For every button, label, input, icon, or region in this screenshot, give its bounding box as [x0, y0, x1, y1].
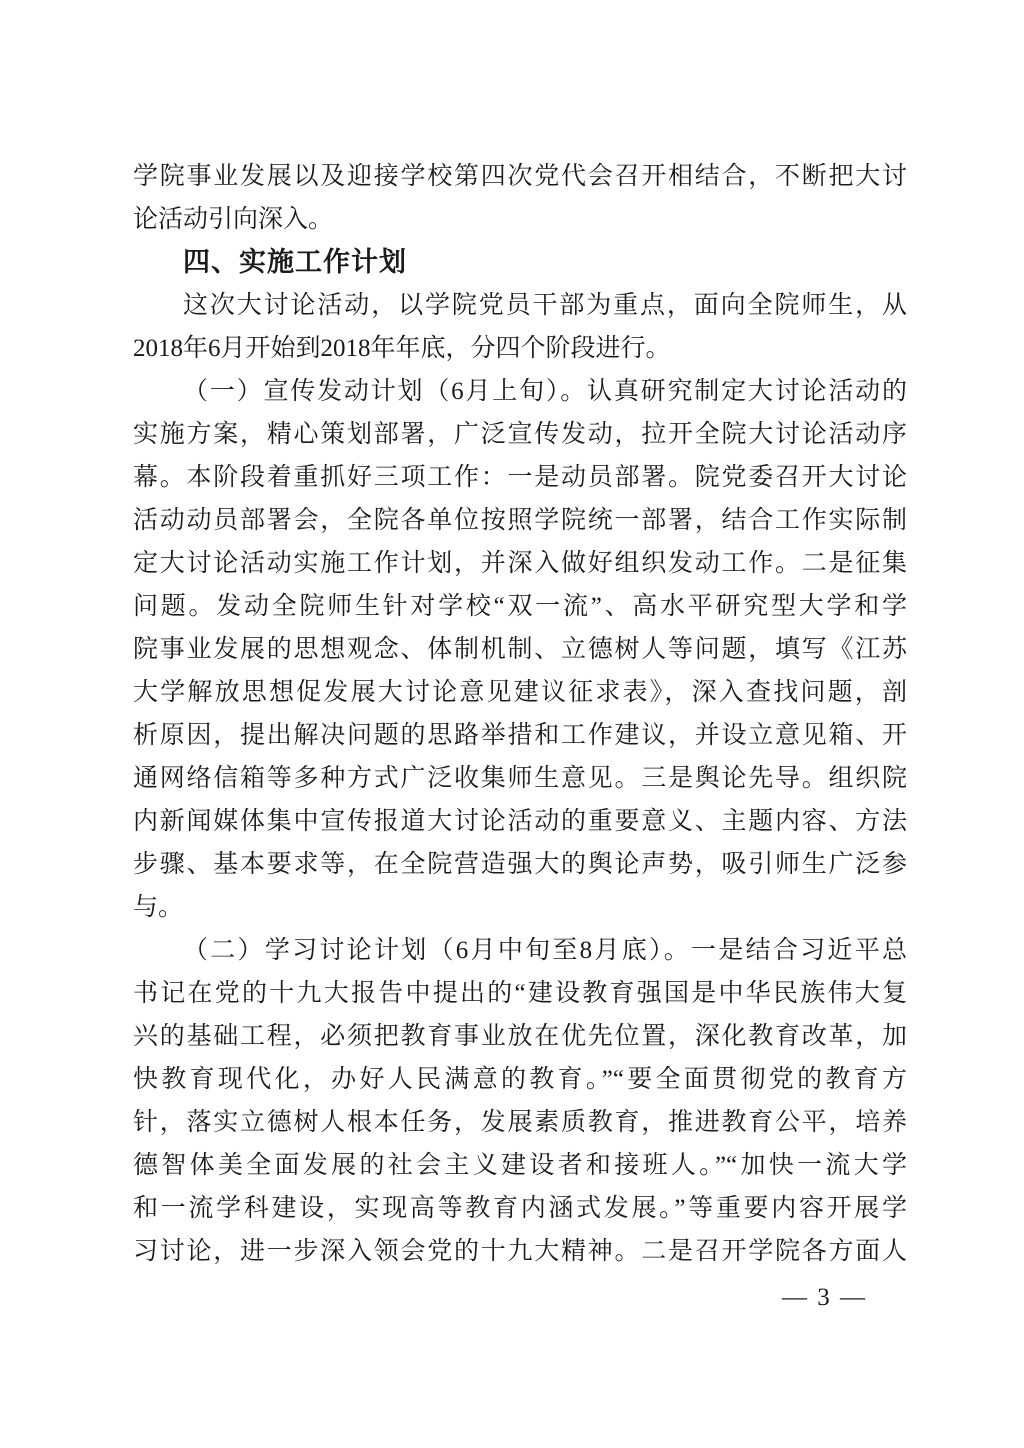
page-number: — 3 — [782, 1283, 867, 1313]
text-line: 论活动引向深入。 [133, 198, 907, 241]
text-line: 通网络信箱等多种方式广泛收集师生意见。三是舆论先导。组织院 [133, 757, 907, 800]
paragraph: 这次大讨论活动，以学院党员干部为重点，面向全院师生，从2018年6月开始到201… [133, 284, 907, 370]
text-line: 与。 [133, 886, 907, 929]
text-line: 活动动员部署会，全院各单位按照学院统一部署，结合工作实际制 [133, 499, 907, 542]
text-line: 大学解放思想促发展大讨论意见建议征求表》，深入查找问题，剖 [133, 671, 907, 714]
paragraph: （一）宣传发动计划（6月上旬）。认真研究制定大讨论活动的实施方案，精心策划部署，… [133, 370, 907, 929]
text-line: 内新闻媒体集中宣传报道大讨论活动的重要意义、主题内容、方法 [133, 800, 907, 843]
text-line: 实施方案，精心策划部署，广泛宣传发动，拉开全院大讨论活动序 [133, 413, 907, 456]
text-line: （二）学习讨论计划（6月中旬至8月底）。一是结合习近平总 [133, 929, 907, 972]
text-line: 习讨论，进一步深入领会党的十九大精神。二是召开学院各方面人 [133, 1230, 907, 1273]
text-line: 德智体美全面发展的社会主义建设者和接班人。”“加快一流大学 [133, 1144, 907, 1187]
document-body: 学院事业发展以及迎接学校第四次党代会召开相结合，不断把大讨论活动引向深入。四、实… [133, 155, 907, 1273]
text-line: 快教育现代化，办好人民满意的教育。”“要全面贯彻党的教育方 [133, 1058, 907, 1101]
section-heading: 四、实施工作计划 [133, 241, 907, 284]
text-line: 针，落实立德树人根本任务，发展素质教育，推进教育公平，培养 [133, 1101, 907, 1144]
text-line: 2018年6月开始到2018年年底，分四个阶段进行。 [133, 327, 907, 370]
text-line: 问题。发动全院师生针对学校“双一流”、高水平研究型大学和学 [133, 585, 907, 628]
text-line: 定大讨论活动实施工作计划，并深入做好组织发动工作。二是征集 [133, 542, 907, 585]
text-line: 步骤、基本要求等，在全院营造强大的舆论声势，吸引师生广泛参 [133, 843, 907, 886]
paragraph: 学院事业发展以及迎接学校第四次党代会召开相结合，不断把大讨论活动引向深入。 [133, 155, 907, 241]
text-line: 书记在党的十九大报告中提出的“建设教育强国是中华民族伟大复 [133, 972, 907, 1015]
text-line: 兴的基础工程，必须把教育事业放在优先位置，深化教育改革，加 [133, 1015, 907, 1058]
document-page: 学院事业发展以及迎接学校第四次党代会召开相结合，不断把大讨论活动引向深入。四、实… [0, 0, 1024, 1448]
text-line: 这次大讨论活动，以学院党员干部为重点，面向全院师生，从 [133, 284, 907, 327]
text-line: （一）宣传发动计划（6月上旬）。认真研究制定大讨论活动的 [133, 370, 907, 413]
text-line: 院事业发展的思想观念、体制机制、立德树人等问题，填写《江苏 [133, 628, 907, 671]
paragraph: （二）学习讨论计划（6月中旬至8月底）。一是结合习近平总书记在党的十九大报告中提… [133, 929, 907, 1273]
text-line: 析原因，提出解决问题的思路举措和工作建议，并设立意见箱、开 [133, 714, 907, 757]
text-line: 学院事业发展以及迎接学校第四次党代会召开相结合，不断把大讨 [133, 155, 907, 198]
text-line: 和一流学科建设，实现高等教育内涵式发展。”等重要内容开展学 [133, 1187, 907, 1230]
text-line: 四、实施工作计划 [133, 241, 907, 284]
text-line: 幕。本阶段着重抓好三项工作：一是动员部署。院党委召开大讨论 [133, 456, 907, 499]
